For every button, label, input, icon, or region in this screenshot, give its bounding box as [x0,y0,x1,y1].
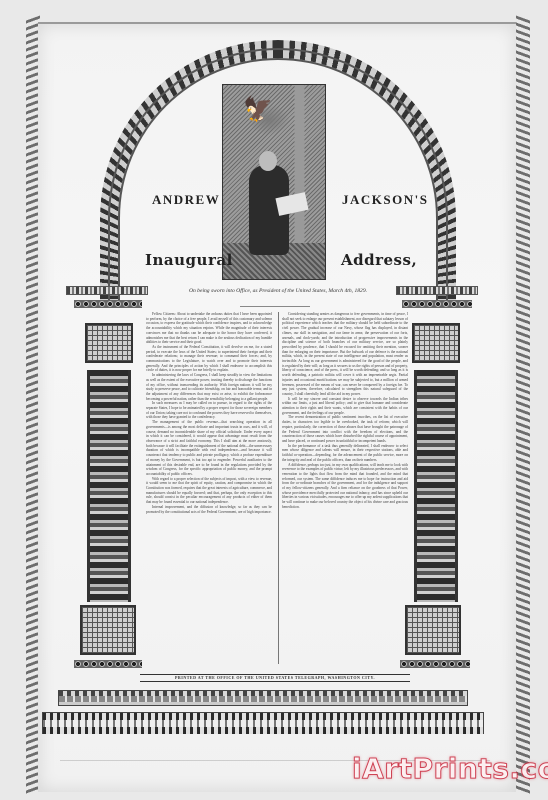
paragraph: Fellow Citizens: About to undertake the … [146,312,272,345]
right-fringe [516,15,530,796]
paragraph: In administering the laws of Congress, I… [146,373,272,401]
left-pillar-head [85,323,133,363]
base-ornament-inner [59,696,467,702]
paragraph: Considering standing armies as dangerous… [282,312,408,397]
watermark: iArtPrints.com [352,752,548,785]
left-capital-band [66,286,148,295]
paragraph: The recent demonstration of public senti… [282,415,408,443]
subtitle: On being sworn into Office, as President… [158,288,398,294]
column-divider [278,312,279,664]
paragraph: With regard to a proper selection of the… [146,477,272,505]
title-inaugural: Inaugural [145,251,233,269]
printer-imprint: PRINTED AT THE OFFICE OF THE UNITED STAT… [140,674,410,682]
paragraph: Internal improvement, and the diffusion … [146,505,272,514]
address-text-right-column: Considering standing armies as dangerous… [282,312,408,664]
eagle-icon: 🦅 [243,95,273,123]
base-ornament-row [43,720,483,727]
paragraph: A diffidence, perhaps too just, in my ow… [282,463,408,510]
title-andrew: ANDREW [152,192,220,208]
left-pillar-base [80,605,136,655]
text-top-rule [240,306,310,307]
paragraph: As the instrument of the Federal Constit… [146,345,272,373]
right-capital-band [396,286,478,295]
left-capital-rosettes [74,300,142,308]
paragraph: It will be my sincere and constant desir… [282,397,408,416]
right-pillar-base [405,605,461,655]
right-pillar-shaft [414,370,458,602]
paragraph: In such measures as I may be called on t… [146,401,272,420]
right-pillar-head [412,323,460,363]
address-text-left-column: Fellow Citizens: About to undertake the … [146,312,272,664]
jackson-portrait-engraving: 🦅 [222,84,326,280]
left-base-step [74,660,142,668]
left-pillar-shaft [87,370,131,602]
figure-head [259,151,277,171]
title-jacksons: JACKSON'S [342,192,428,208]
paragraph: The management of the public revenue—tha… [146,420,272,476]
base-ornament-band-lower [42,712,484,734]
paragraph: In the performance of a task thus genera… [282,444,408,463]
right-capital-rosettes [402,300,472,308]
base-ornament-row [43,713,483,720]
title-address: Address, [341,251,417,269]
base-ornament-band-upper [58,690,468,706]
right-base-step [400,660,470,668]
base-ornament-row [43,727,483,734]
